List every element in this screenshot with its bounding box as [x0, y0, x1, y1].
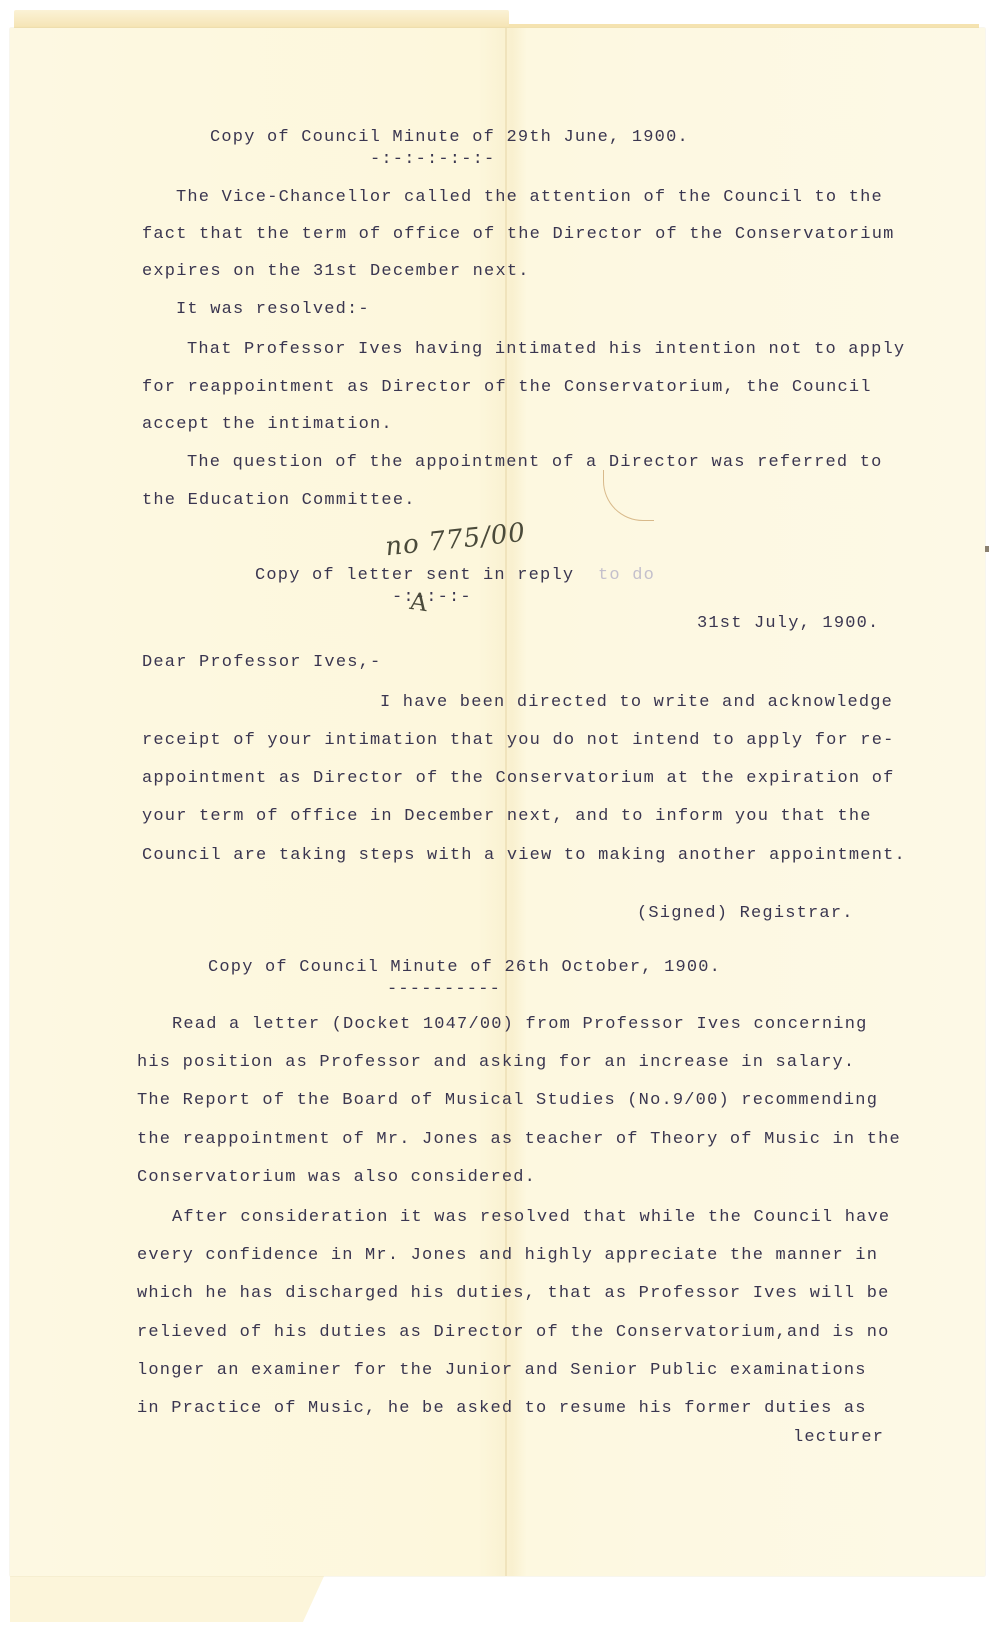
section3-line: which he has discharged his duties, that…: [137, 1284, 890, 1304]
section3-line: Read a letter (Docket 1047/00) from Prof…: [172, 1015, 868, 1035]
letter-line: I have been directed to write and acknow…: [380, 693, 893, 713]
section3-line: relieved of his duties as Director of th…: [137, 1323, 890, 1343]
catchword: lecturer: [793, 1428, 884, 1448]
paper-bottom-tab: [10, 1574, 325, 1622]
letter-line: receipt of your intimation that you do n…: [142, 731, 895, 751]
document-page: [10, 28, 985, 1576]
section2-separator: -:-:-:-: [392, 588, 472, 608]
letter-date: 31st July, 1900.: [697, 614, 879, 634]
section3-line: The Report of the Board of Musical Studi…: [137, 1091, 878, 1111]
section1-line: accept the intimation.: [142, 415, 393, 435]
section1-separator: -:-:-:-:-:-: [370, 150, 495, 170]
section3-line: in Practice of Music, he be asked to res…: [137, 1399, 867, 1419]
section3-line: the reappointment of Mr. Jones as teache…: [137, 1130, 901, 1150]
letter-salutation: Dear Professor Ives,-: [142, 653, 381, 673]
section2-heading: Copy of letter sent in reply: [255, 566, 574, 586]
section1-line: for reappointment as Director of the Con…: [142, 378, 872, 398]
section1-line: That Professor Ives having intimated his…: [187, 340, 905, 360]
section2-heading-faint: to do: [598, 566, 655, 586]
section3-line: longer an examiner for the Junior and Se…: [137, 1361, 867, 1381]
section3-line: his position as Professor and asking for…: [137, 1053, 855, 1073]
section1-heading: Copy of Council Minute of 29th June, 190…: [210, 128, 689, 148]
section3-line: After consideration it was resolved that…: [172, 1208, 890, 1228]
letter-signature: (Signed) Registrar.: [637, 904, 854, 924]
section1-line: The Vice-Chancellor called the attention…: [176, 188, 883, 208]
section1-line: fact that the term of office of the Dire…: [142, 225, 895, 245]
section3-line: Conservatorium was also considered.: [137, 1168, 536, 1188]
section3-line: every confidence in Mr. Jones and highly…: [137, 1246, 878, 1266]
section1-line: It was resolved:-: [176, 300, 370, 320]
edge-mark: [985, 546, 989, 552]
letter-line: appointment as Director of the Conservat…: [142, 769, 895, 789]
section3-heading: Copy of Council Minute of 26th October, …: [208, 958, 721, 978]
section1-line: the Education Committee.: [142, 491, 416, 511]
section1-line: The question of the appointment of a Dir…: [187, 453, 883, 473]
letter-line: your term of office in December next, an…: [142, 807, 872, 827]
section3-separator: ----------: [387, 980, 501, 1000]
section1-line: expires on the 31st December next.: [142, 262, 530, 282]
page-fold-line: [505, 28, 507, 1576]
letter-line: Council are taking steps with a view to …: [142, 846, 906, 866]
